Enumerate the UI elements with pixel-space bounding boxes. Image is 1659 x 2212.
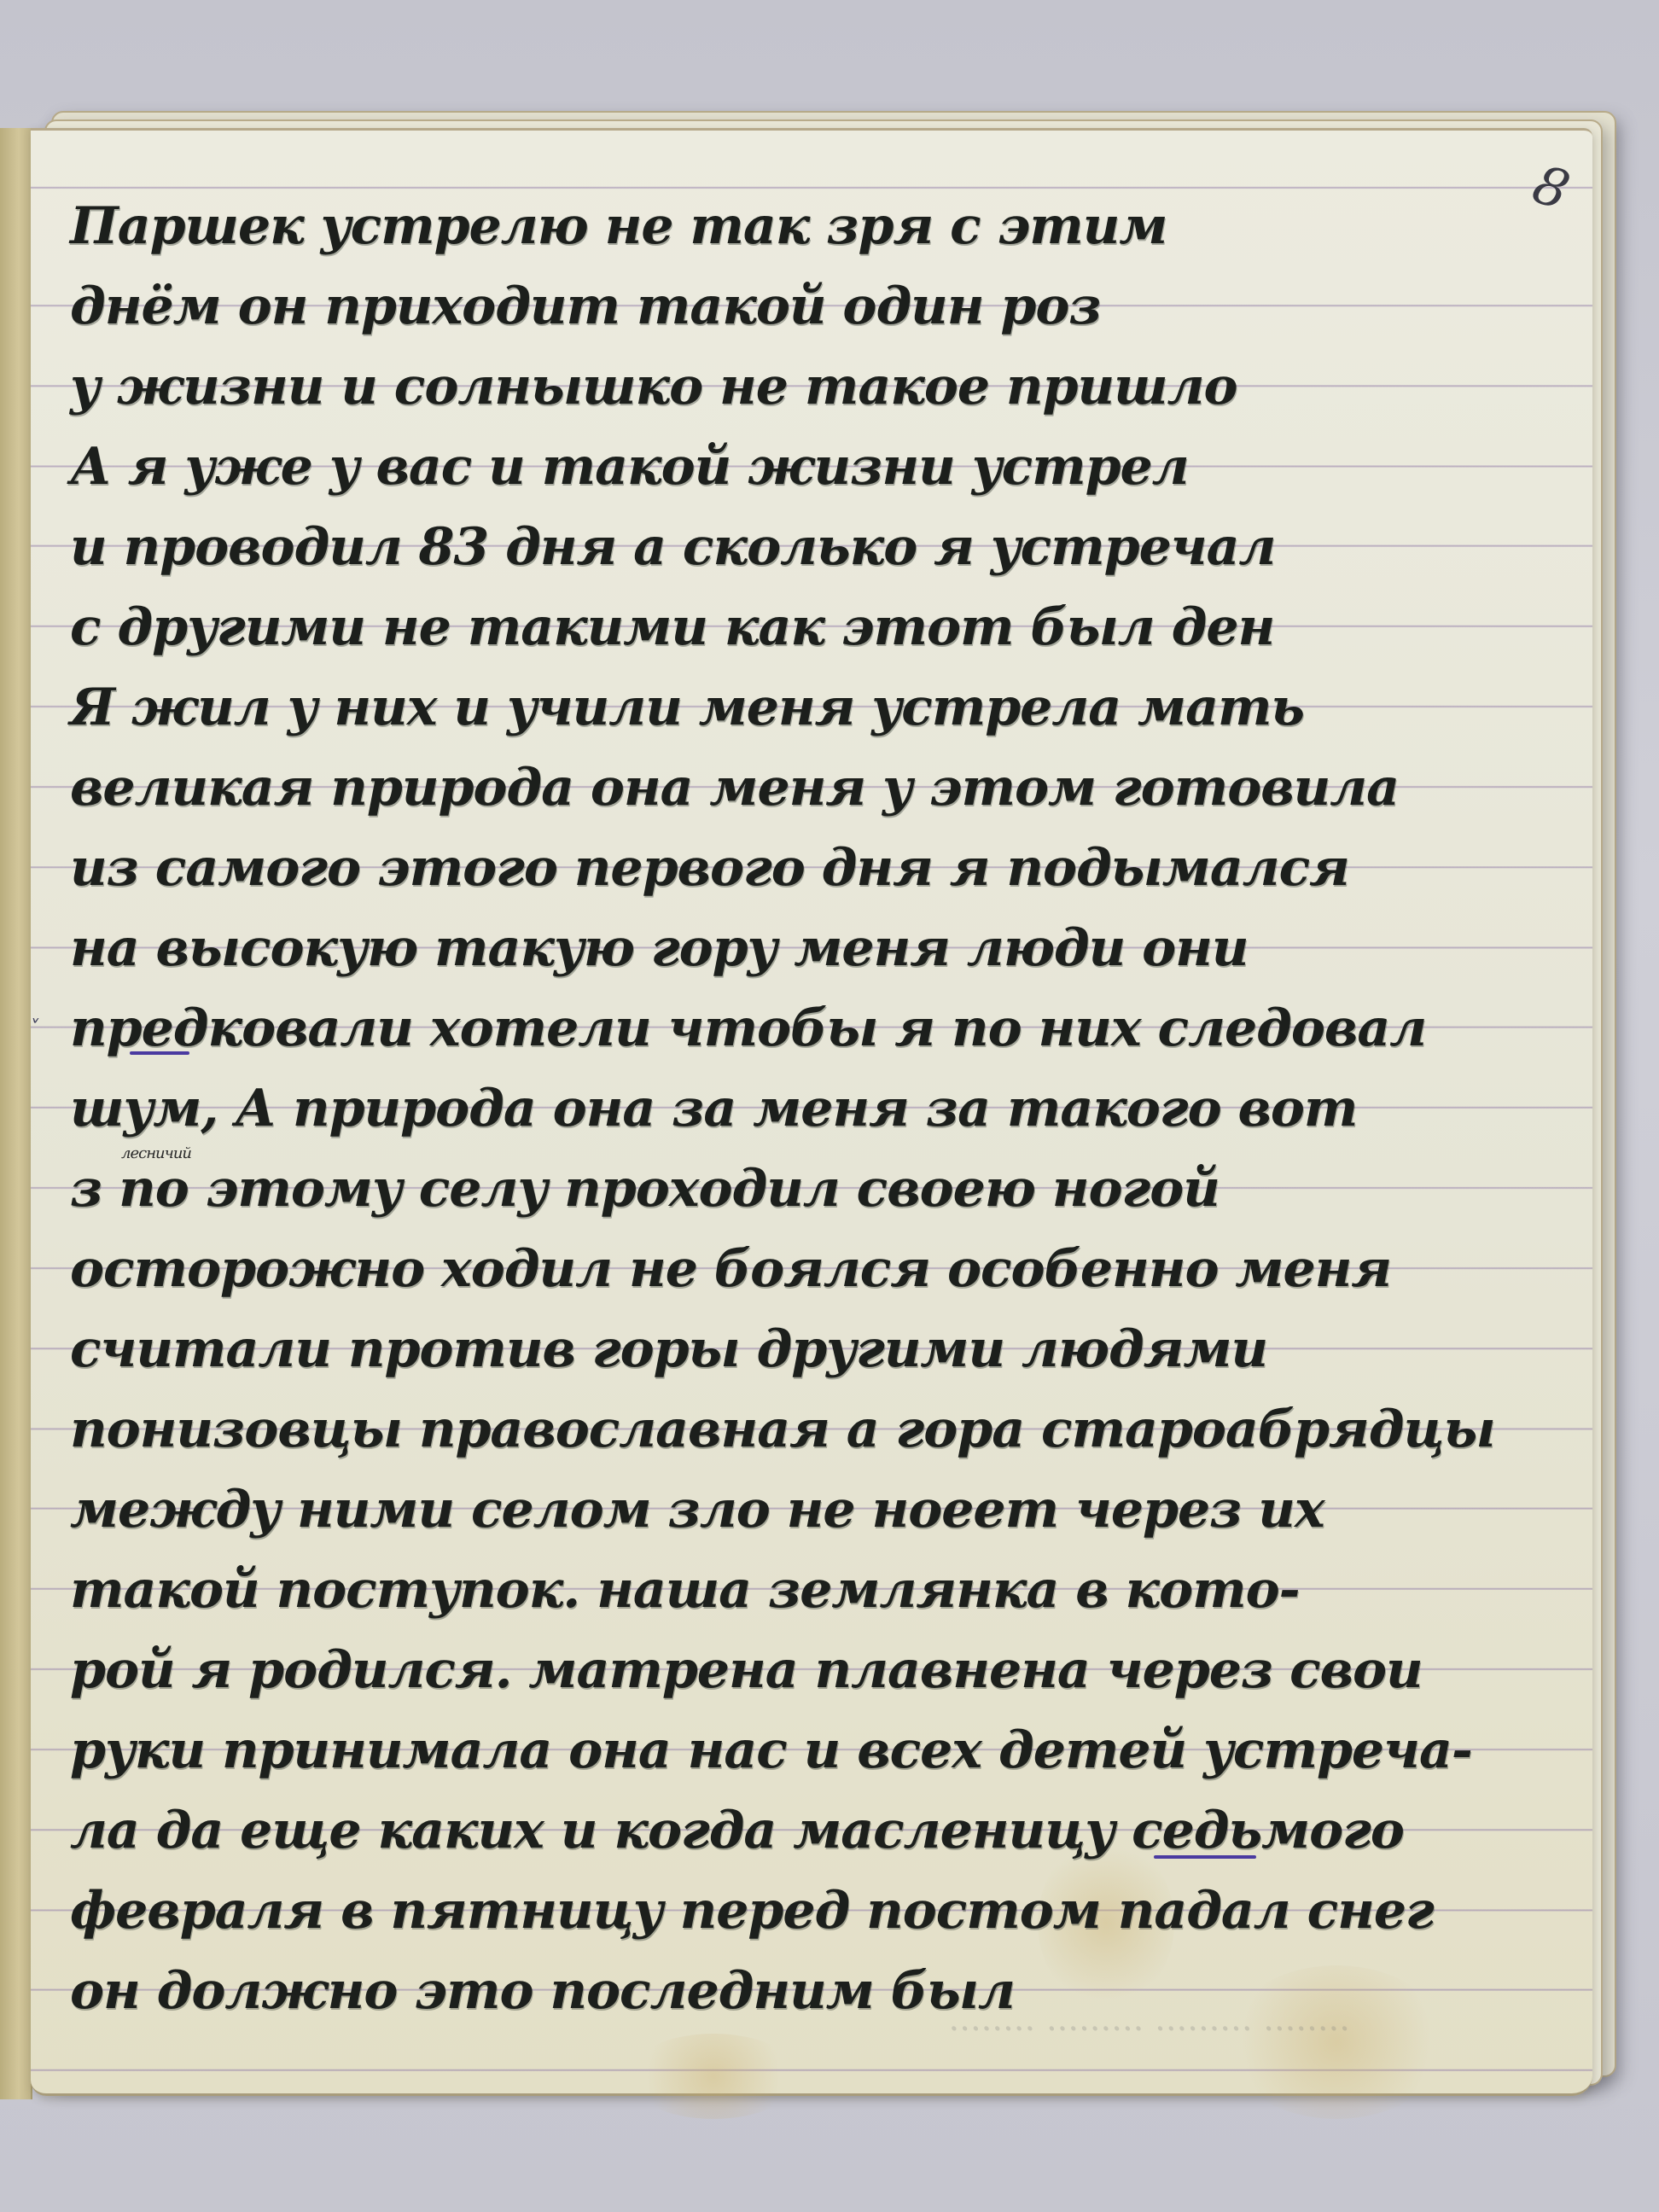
text-line: с другими не такими как этот был ден <box>70 587 1538 667</box>
text-line: ла да еще каких и когда масленицу седьмо… <box>70 1790 1538 1871</box>
line-text: на высокую такую гору меня люди они <box>70 918 1249 978</box>
line-text: между ними селом зло не ноеет через их <box>70 1480 1324 1540</box>
text-line: у жизни и солнышко не такое пришло <box>70 346 1538 427</box>
text-line: понизовцы православная а гора староабряд… <box>70 1389 1538 1470</box>
text-line: Я жил у них и учили меня устрела мать <box>70 667 1538 748</box>
line-text: з по этому селу проходил своею ногой <box>70 1159 1220 1219</box>
text-line: шум, А природа она за меня за такого вот <box>70 1068 1538 1149</box>
text-line: он должно это последним был <box>70 1951 1538 2031</box>
line-text: предковали хотели чтобы я по них следова… <box>70 998 1426 1058</box>
text-line: из самого этого первого дня я подымался <box>70 828 1538 908</box>
text-line: великая природа она меня у этом готовила <box>70 748 1538 828</box>
line-text: у жизни и солнышко не такое пришло <box>70 357 1237 416</box>
line-text: Паршек устрелю не так зря с этим <box>70 196 1167 256</box>
text-line: днём он приходит такой один роз <box>70 266 1538 346</box>
text-line: ˅ предковали хотели чтобы я по них следо… <box>70 988 1538 1068</box>
line-text: руки принимала она нас и всех детей устр… <box>70 1720 1472 1780</box>
ink-underline <box>130 1051 189 1055</box>
text-line: лесничий з по этому селу проходил своею … <box>70 1149 1538 1229</box>
text-line: на высокую такую гору меня люди они <box>70 908 1538 988</box>
notebook-binding <box>0 128 32 2099</box>
line-text: Я жил у них и учили меня устрела мать <box>70 678 1304 737</box>
line-text: и проводил 83 дня а сколько я устречал <box>70 517 1275 577</box>
text-line: считали против горы другими людями <box>70 1309 1538 1389</box>
text-line: между ними селом зло не ноеет через их <box>70 1470 1538 1550</box>
line-text: ла да еще каких и когда масленицу седьмо… <box>70 1801 1404 1860</box>
line-text: великая природа она меня у этом готовила <box>70 758 1399 818</box>
text-line: руки принимала она нас и всех детей устр… <box>70 1710 1538 1790</box>
line-text: осторожно ходил не боялся особенно меня <box>70 1239 1391 1299</box>
notebook-page: 8 ........ ......... ......... ........ … <box>31 128 1592 2096</box>
text-line: А я уже у вас и такой жизни устрел <box>70 427 1538 507</box>
line-text: шум, А природа она за меня за такого вот <box>70 1079 1357 1138</box>
text-line: рой я родился. матрена плавнена через св… <box>70 1630 1538 1710</box>
text-line: февраля в пятницу перед постом падал сне… <box>70 1871 1538 1951</box>
text-line: и проводил 83 дня а сколько я устречал <box>70 507 1538 587</box>
line-text: такой поступок. наша землянка в кото- <box>70 1560 1300 1620</box>
line-text: А я уже у вас и такой жизни устрел <box>70 437 1189 497</box>
ink-underline <box>1154 1855 1256 1859</box>
line-text: днём он приходит такой один роз <box>70 276 1101 336</box>
line-text: с другими не такими как этот был ден <box>70 597 1274 657</box>
text-line: такой поступок. наша землянка в кото- <box>70 1550 1538 1630</box>
margin-check-mark: ˅ <box>31 988 39 1068</box>
line-text: февраля в пятницу перед постом падал сне… <box>70 1881 1434 1941</box>
line-text: из самого этого первого дня я подымался <box>70 838 1349 898</box>
text-line: Паршек устрелю не так зря с этим <box>70 186 1538 266</box>
handwritten-text: Паршек устрелю не так зря с этим днём он… <box>70 186 1538 2031</box>
interlinear-insert: лесничий <box>121 1145 191 1162</box>
line-text: он должно это последним был <box>70 1961 1015 2021</box>
line-text: считали против горы другими людями <box>70 1319 1267 1379</box>
water-stain <box>628 2034 799 2119</box>
line-text: понизовцы православная а гора староабряд… <box>70 1400 1495 1459</box>
line-text: рой я родился. матрена плавнена через св… <box>70 1640 1423 1700</box>
text-line: осторожно ходил не боялся особенно меня <box>70 1229 1538 1309</box>
